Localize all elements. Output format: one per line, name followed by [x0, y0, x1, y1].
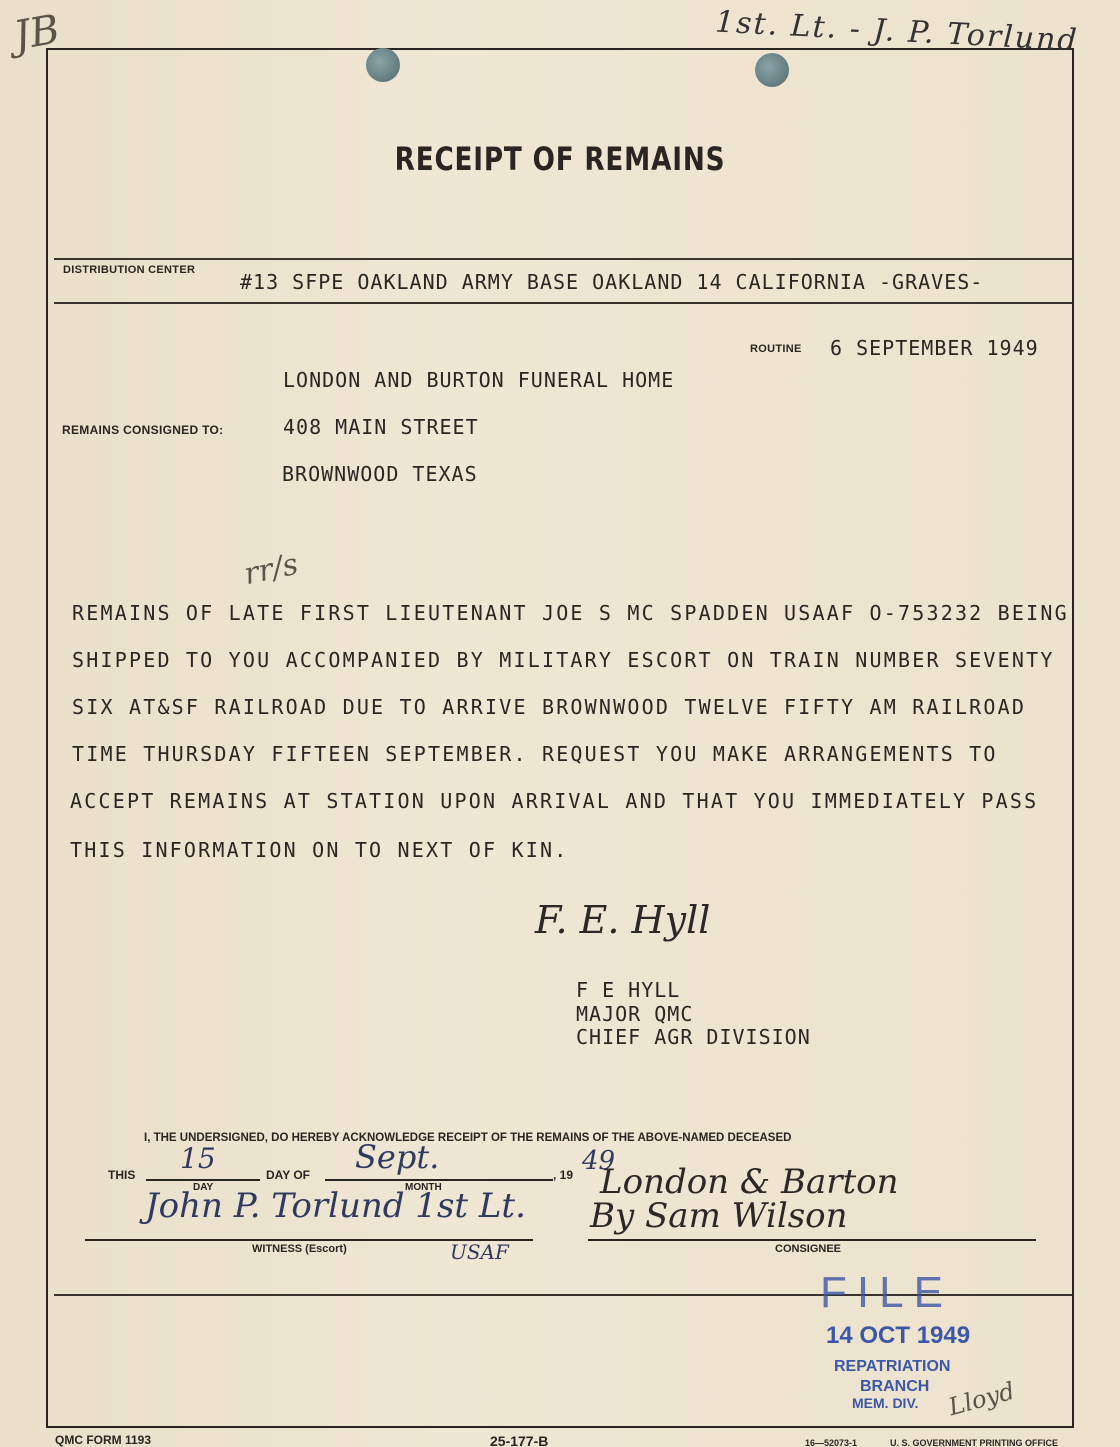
witness-caption: WITNESS (Escort)	[252, 1243, 347, 1255]
day-line	[146, 1179, 260, 1181]
distribution-center-label: DISTRIBUTION CENTER	[63, 264, 195, 276]
day-of-label: DAY OF	[266, 1168, 310, 1182]
consignee-line	[588, 1239, 1036, 1241]
signer-title: CHIEF AGR DIVISION	[576, 1025, 811, 1049]
stamp-date: 14 OCT 1949	[826, 1322, 970, 1350]
body-line: TIME THURSDAY FIFTEEN SEPTEMBER. REQUEST…	[72, 742, 998, 766]
printer-name: U. S. GOVERNMENT PRINTING OFFICE	[890, 1438, 1058, 1447]
stamp-line-2: BRANCH	[860, 1378, 929, 1396]
body-line: REMAINS OF LATE FIRST LIEUTENANT JOE S M…	[72, 601, 1069, 625]
page-title: RECEIPT OF REMAINS	[101, 140, 1019, 178]
consignee-line-1: LONDON AND BURTON FUNERAL HOME	[283, 368, 674, 392]
body-line: SHIPPED TO YOU ACCOMPANIED BY MILITARY E…	[72, 648, 1055, 672]
document-date: 6 SEPTEMBER 1949	[830, 336, 1039, 360]
file-stamp: FILE	[820, 1268, 953, 1318]
month-value: Sept.	[355, 1138, 439, 1176]
year-prefix: , 19	[553, 1168, 573, 1182]
consignee-line-2: 408 MAIN STREET	[283, 415, 479, 439]
witness-signature: John P. Torlund 1st Lt.	[145, 1186, 526, 1226]
consignee-label: REMAINS CONSIGNED TO:	[62, 423, 223, 437]
signer-name: F E HYLL	[576, 978, 680, 1002]
stamp-line-3: MEM. DIV.	[852, 1395, 918, 1411]
signature-handwritten: F. E. Hyll	[535, 898, 710, 942]
month-line	[325, 1179, 553, 1181]
priority-label: ROUTINE	[750, 343, 802, 355]
punch-hole	[755, 53, 789, 87]
document-page: JB 1st. Lt. - J. P. Torlund RECEIPT OF R…	[0, 0, 1120, 1447]
margin-initials: JB	[10, 6, 63, 59]
signer-rank: MAJOR QMC	[576, 1002, 693, 1026]
day-value: 15	[180, 1142, 216, 1175]
body-line: THIS INFORMATION ON TO NEXT OF KIN.	[70, 838, 568, 862]
consignee-caption: CONSIGNEE	[775, 1243, 841, 1255]
distribution-center-value: #13 SFPE OAKLAND ARMY BASE OAKLAND 14 CA…	[240, 270, 983, 294]
witness-branch: USAF	[450, 1240, 509, 1264]
print-code: 16—52073-1	[805, 1438, 857, 1447]
divider	[54, 258, 1072, 260]
body-line: ACCEPT REMAINS AT STATION UPON ARRIVAL A…	[70, 789, 1038, 813]
consignee-line-3: BROWNWOOD TEXAS	[282, 462, 478, 486]
form-center-code: 25-177-B	[490, 1433, 548, 1447]
stamp-line-1: REPATRIATION	[834, 1358, 950, 1376]
punch-hole	[366, 48, 400, 82]
body-line: SIX AT&SF RAILROAD DUE TO ARRIVE BROWNWO…	[72, 695, 1026, 719]
form-number: QMC FORM 1193	[55, 1433, 151, 1447]
divider	[54, 302, 1072, 304]
consignee-signature-2: By Sam Wilson	[590, 1196, 848, 1236]
acknowledgement-statement: I, THE UNDERSIGNED, DO HEREBY ACKNOWLEDG…	[144, 1132, 791, 1144]
this-label: THIS	[108, 1168, 135, 1182]
